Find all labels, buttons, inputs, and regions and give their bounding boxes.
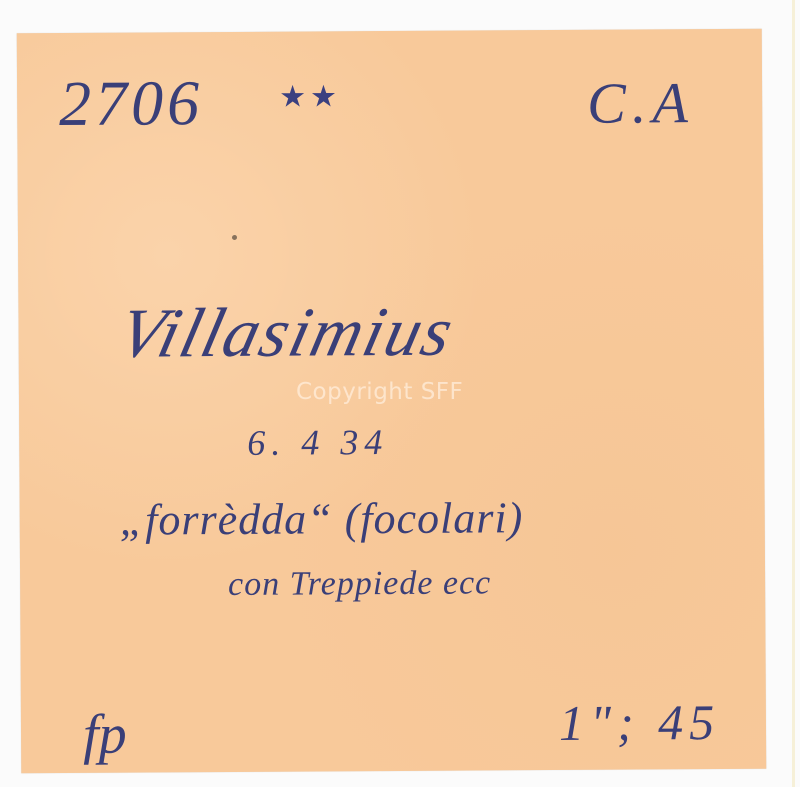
ink-speck bbox=[232, 235, 237, 240]
rating-stars-icon: ★★ bbox=[279, 79, 341, 114]
locality-name: Villasimius bbox=[111, 293, 462, 375]
scan-edge-strip bbox=[792, 0, 795, 787]
collection-code: C.A bbox=[587, 69, 694, 137]
collector-initials: fp bbox=[83, 703, 127, 767]
habitat-note-line-1: „forrèdda“ (focolari) bbox=[120, 492, 524, 545]
exposure-time: 1"; 45 bbox=[559, 693, 721, 752]
catalog-number: 2706 bbox=[59, 66, 203, 141]
collection-date: 6. 4 34 bbox=[247, 421, 388, 464]
habitat-note-line-2: con Treppiede ecc bbox=[228, 564, 491, 604]
copyright-watermark: Copyright SFF bbox=[296, 379, 463, 405]
